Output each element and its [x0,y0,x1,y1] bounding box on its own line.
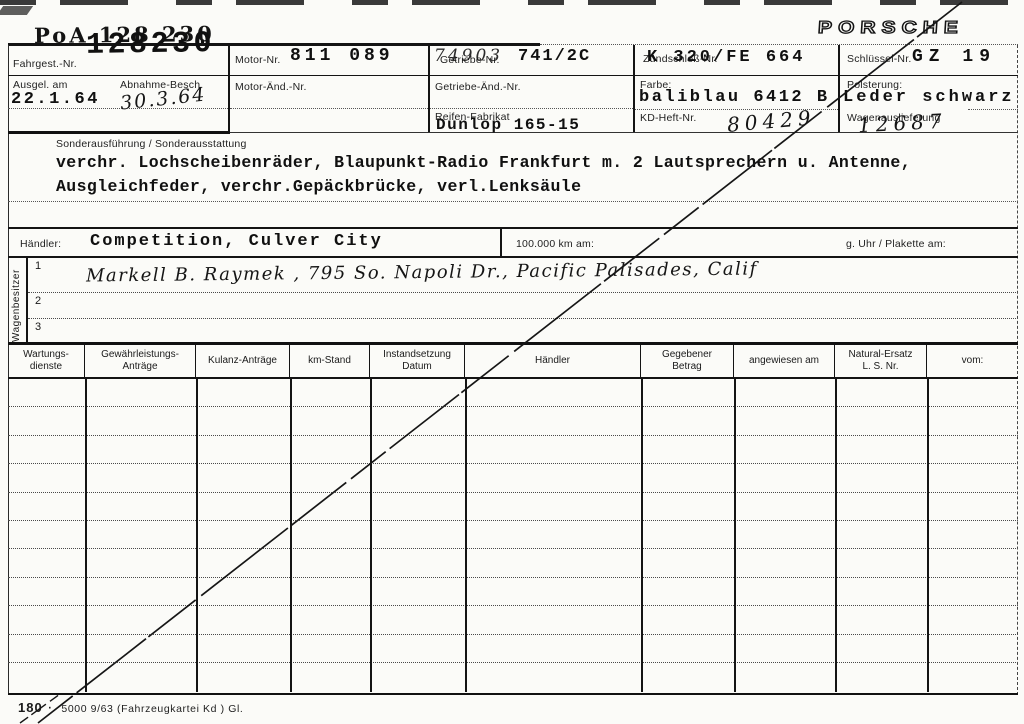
wagenbesitzer-strip: Wagenbesitzer [8,258,28,342]
divider [840,75,1018,76]
table-row [8,578,1018,606]
table-row [8,493,1018,521]
col-betrag: Gegebener Betrag [641,345,734,377]
service-table-body [8,379,1018,692]
sonder-line2: Ausgleichfeder, verchr.Gepäckbrücke, ver… [56,177,581,196]
block-schluessel: Schlüssel-Nr. GZ 19 Polsterung: Leder sc… [840,45,1018,132]
table-row [8,549,1018,577]
table-row [8,436,1018,464]
col-wartungsdienste: Wartungs- dienste [8,345,85,377]
col-gewaehrleistung: Gewährleistungs- Anträge [85,345,196,377]
column-line [85,379,87,692]
scan-smudge [0,6,33,15]
schluessel-value: GZ 19 [912,47,996,67]
schluessel-label: Schlüssel-Nr. [847,53,911,65]
block-getriebe: Getriebe-Nr. 74903 741/2C Getriebe-Änd.-… [430,45,635,132]
col-natural-ersatz: Natural-Ersatz L. S. Nr. [835,345,927,377]
form-print-info: 5000 9/63 (Fahrzeugkartei Kd ) Gl. [61,703,243,715]
kd-heft-label: KD-Heft-Nr. [640,112,696,124]
motor-value: 811 089 [290,46,394,66]
block-fahrgestell: Fahrgest.-Nr. 128230 Ausgel. am 22.1.64 … [8,45,230,132]
farbe-value: baliblau 6412 B [639,88,830,107]
haendler-value: Competition, Culver City [90,232,383,251]
column-line [290,379,292,692]
column-line [196,379,198,692]
column-line [927,379,929,692]
column-line [465,379,467,692]
getriebe-value: 741/2C [518,47,591,66]
divider [430,75,633,76]
sonder-line1: verchr. Lochscheibenräder, Blaupunkt-Rad… [56,153,911,172]
column-line [641,379,643,692]
uhr-plakette-label: g. Uhr / Plakette am: [846,238,946,250]
divider [635,75,838,76]
dotted-rule [968,109,1018,110]
block-motor: Motor-Nr. 811 089 Motor-Änd.-Nr. [230,45,430,132]
getriebe-aend-label: Getriebe-Änd.-Nr. [435,81,521,93]
sonderausstattung-section: Sonderausführung / Sonderausstattung ver… [8,133,1018,227]
motor-label: Motor-Nr. [235,54,281,66]
owner-row-number: 2 [28,295,41,307]
table-row [8,521,1018,549]
dotted-rule [8,201,1018,202]
scan-noise-top [0,0,1024,5]
col-kulanz: Kulanz-Anträge [196,345,290,377]
owner-rows: 1 Markell B. Raymek , 795 So. Napoli Dr.… [28,258,1018,342]
form-number: 180 [18,700,43,715]
km-label: 100.000 km am: [516,238,594,250]
table-row [8,464,1018,492]
owner-name: Markell B. Raymek , 795 So. Napoli Dr., … [86,258,758,286]
divider [8,75,228,76]
getriebe-handwritten: 74903 [434,46,503,66]
col-angewiesen: angewiesen am [734,345,835,377]
header-fields: Fahrgest.-Nr. 128230 Ausgel. am 22.1.64 … [8,45,1018,133]
ausgel-value: 22.1.64 [11,90,100,109]
zuendschloss-value: K 320/FE 664 [647,48,805,67]
service-table: Wartungs- dienste Gewährleistungs- Anträ… [8,342,1018,695]
owner-row-1: 1 Markell B. Raymek , 795 So. Napoli Dr.… [28,258,1018,293]
block-zuendschloss: Zündschloß-Nr. K 320/FE 664 Farbe: balib… [635,45,840,132]
wagenbesitzer-section: Wagenbesitzer 1 Markell B. Raymek , 795 … [8,258,1018,342]
owner-row-3: 3 [28,319,1018,342]
vehicle-record-card: PoA 128 230 PORSCHE Fahrgest.-Nr. 128230… [0,0,1024,724]
table-row [8,606,1018,634]
column-line [835,379,837,692]
divider [500,229,502,256]
column-line [734,379,736,692]
motor-aend-label: Motor-Änd.-Nr. [235,81,307,93]
form-number-footer: 180 · 5000 9/63 (Fahrzeugkartei Kd ) Gl. [18,699,243,717]
wagenbesitzer-label: Wagenbesitzer [11,258,22,342]
col-vom: vom: [927,345,1018,377]
sonder-label: Sonderausführung / Sonderausstattung [56,138,247,150]
table-row [8,379,1018,407]
col-km-stand: km-Stand [290,345,370,377]
fahrgest-label: Fahrgest.-Nr. [13,58,77,70]
column-line [370,379,372,692]
col-haendler: Händler [465,345,641,377]
dotted-rule [230,108,428,109]
haendler-row: Händler: Competition, Culver City 100.00… [8,227,1018,258]
service-table-header: Wartungs- dienste Gewährleistungs- Anträ… [8,345,1018,379]
dotted-rule [8,108,228,109]
table-row [8,635,1018,663]
dotted-rule [430,108,633,109]
porsche-logo: PORSCHE [817,18,964,38]
haendler-label: Händler: [20,238,61,250]
polsterung-value: Leder schwarz [843,88,1015,107]
col-instandsetzung: Instandsetzung Datum [370,345,465,377]
divider [230,75,428,76]
owner-row-2: 2 [28,293,1018,319]
owner-row-number: 3 [28,321,41,333]
fahrgest-value: 128230 [86,27,215,63]
owner-row-number: 1 [28,260,41,272]
table-row [8,407,1018,435]
reifen-value: Dunlop 165-15 [436,116,580,134]
